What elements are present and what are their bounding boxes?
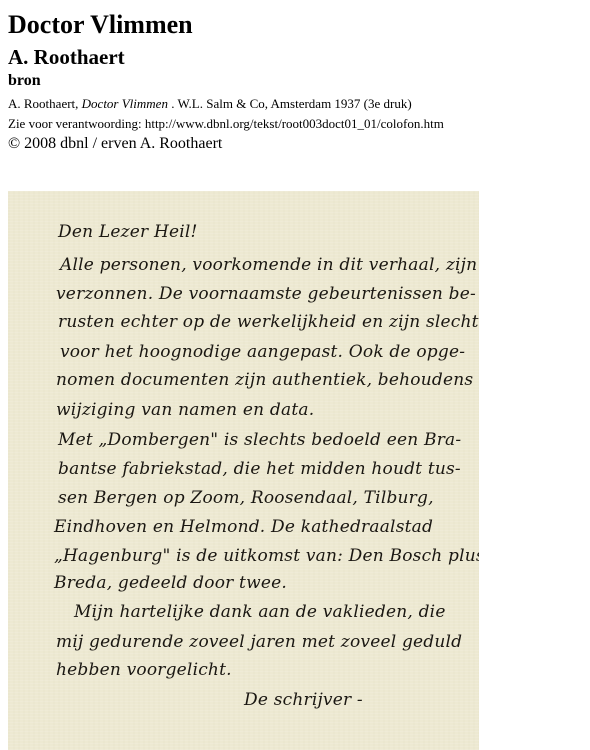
handwritten-preface-scan: Den Lezer Heil!Alle personen, voorkomend… xyxy=(8,191,479,750)
verantwoording-line: Zie voor verantwoording: http://www.dbnl… xyxy=(8,116,444,132)
handwritten-line: Den Lezer Heil! xyxy=(58,222,198,242)
handwritten-line: Alle personen, voorkomende in dit verhaa… xyxy=(60,255,477,275)
handwritten-line: wijziging van namen en data. xyxy=(56,400,314,420)
section-heading-bron: bron xyxy=(8,71,41,91)
handwritten-line: mij gedurende zoveel jaren met zoveel ge… xyxy=(56,632,462,652)
source-citation: A. Roothaert, Doctor Vlimmen . W.L. Salm… xyxy=(8,96,412,112)
handwritten-line: verzonnen. De voornaamste gebeurtenissen… xyxy=(56,284,476,304)
handwritten-line: „Hagenburg" is de uitkomst van: Den Bosc… xyxy=(54,546,479,566)
author-name: A. Roothaert xyxy=(8,44,125,70)
page-title: Doctor Vlimmen xyxy=(8,8,193,42)
handwritten-line: Met „Dombergen" is slechts bedoeld een B… xyxy=(58,430,461,450)
source-publisher: . W.L. Salm & Co, Amsterdam 1937 (3e dru… xyxy=(168,96,412,111)
handwritten-line: Eindhoven en Helmond. De kathedraalstad xyxy=(54,517,433,537)
handwritten-line: hebben voorgelicht. xyxy=(56,660,232,680)
handwritten-line: bantse fabriekstad, die het midden houdt… xyxy=(58,459,461,479)
handwritten-line: sen Bergen op Zoom, Roosendaal, Tilburg, xyxy=(58,488,434,508)
handwritten-line: voor het hoognodige aangepast. Ook de op… xyxy=(60,342,465,362)
source-author: A. Roothaert, xyxy=(8,96,82,111)
colofon-link[interactable]: http://www.dbnl.org/tekst/root003doct01_… xyxy=(145,116,444,131)
handwritten-line: Mijn hartelijke dank aan de vaklieden, d… xyxy=(74,602,446,622)
source-book-title: Doctor Vlimmen xyxy=(82,96,168,111)
handwritten-line: Breda, gedeeld door twee. xyxy=(54,573,287,593)
handwritten-line: rusten echter op de werkelijkheid en zij… xyxy=(58,312,479,332)
handwritten-line: nomen documenten zijn authentiek, behoud… xyxy=(56,370,473,390)
copyright-notice: © 2008 dbnl / erven A. Roothaert xyxy=(8,134,222,154)
verantwoording-label: Zie voor verantwoording: xyxy=(8,116,145,131)
handwritten-line: De schrijver - xyxy=(244,690,363,710)
